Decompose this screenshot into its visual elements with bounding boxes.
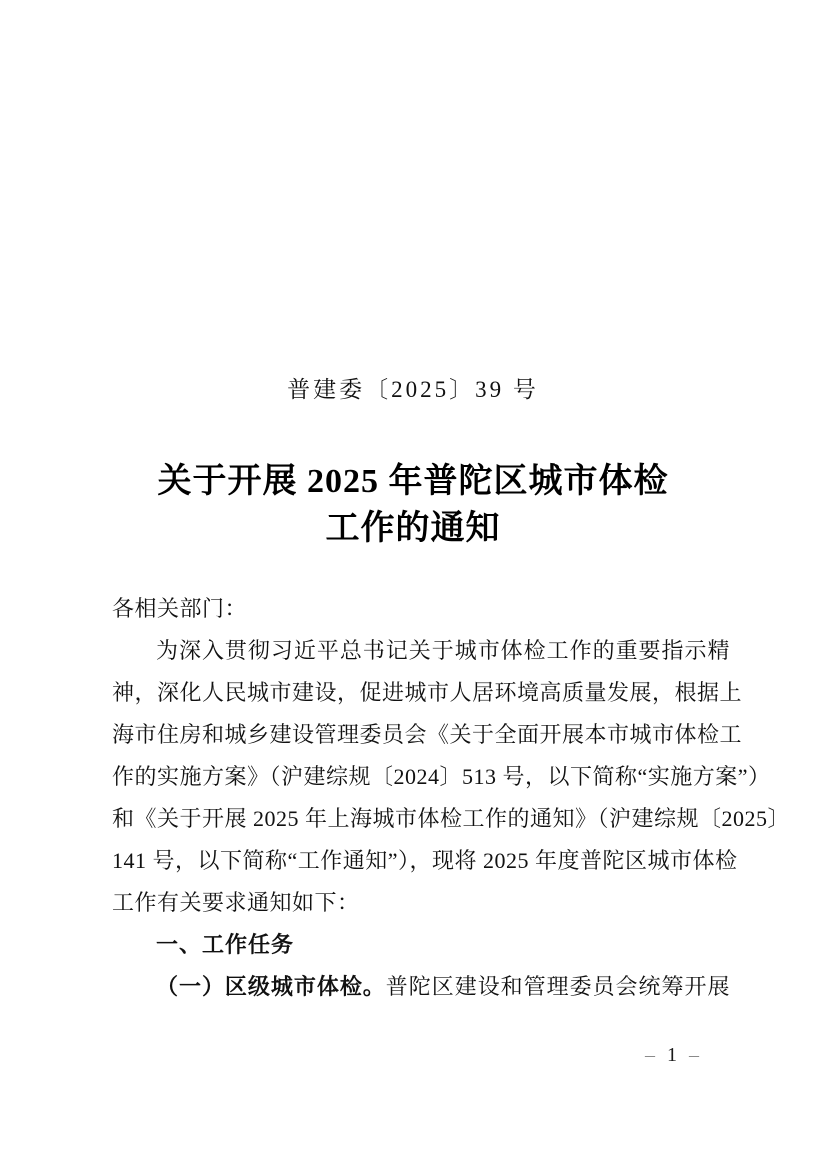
subsection-heading: （一）区级城市体检。 (156, 974, 386, 999)
page-number-dash-left: – (645, 1044, 655, 1066)
body-line: 海市住房和城乡建设管理委员会《关于全面开展本市城市体检工 (112, 714, 730, 756)
body-line: 和《关于开展 2025 年上海城市体检工作的通知》（沪建综规〔2025〕 (112, 798, 730, 840)
page-number-value: 1 (667, 1044, 677, 1066)
document-body: 各相关部门： 为深入贯彻习近平总书记关于城市体检工作的重要指示精 神，深化人民城… (112, 588, 730, 1008)
section-heading: 一、工作任务 (112, 924, 730, 966)
body-line: 作的实施方案》（沪建综规〔2024〕513 号，以下简称“实施方案”） (112, 756, 730, 798)
document-title: 关于开展 2025 年普陀区城市体检 工作的通知 (0, 458, 826, 552)
body-text: 普陀区建设和管理委员会统筹开展 (386, 974, 730, 999)
body-line: 神，深化人民城市建设，促进城市人居环境高质量发展，根据上 (112, 672, 730, 714)
body-line: 工作有关要求通知如下： (112, 882, 730, 924)
body-line: （一）区级城市体检。普陀区建设和管理委员会统筹开展 (112, 966, 730, 1008)
page-number-dash-right: – (689, 1044, 699, 1066)
doc-number: 普建委〔2025〕39 号 (0, 371, 826, 404)
body-line: 141 号，以下简称“工作通知”），现将 2025 年度普陀区城市体检 (112, 840, 730, 882)
document-page: 普建委〔2025〕39 号 关于开展 2025 年普陀区城市体检 工作的通知 各… (0, 0, 826, 1169)
title-line-2: 工作的通知 (0, 505, 826, 552)
body-line: 为深入贯彻习近平总书记关于城市体检工作的重要指示精 (112, 630, 730, 672)
salutation: 各相关部门： (112, 588, 730, 630)
title-line-1: 关于开展 2025 年普陀区城市体检 (0, 458, 826, 505)
page-number: –1– (645, 1043, 699, 1067)
